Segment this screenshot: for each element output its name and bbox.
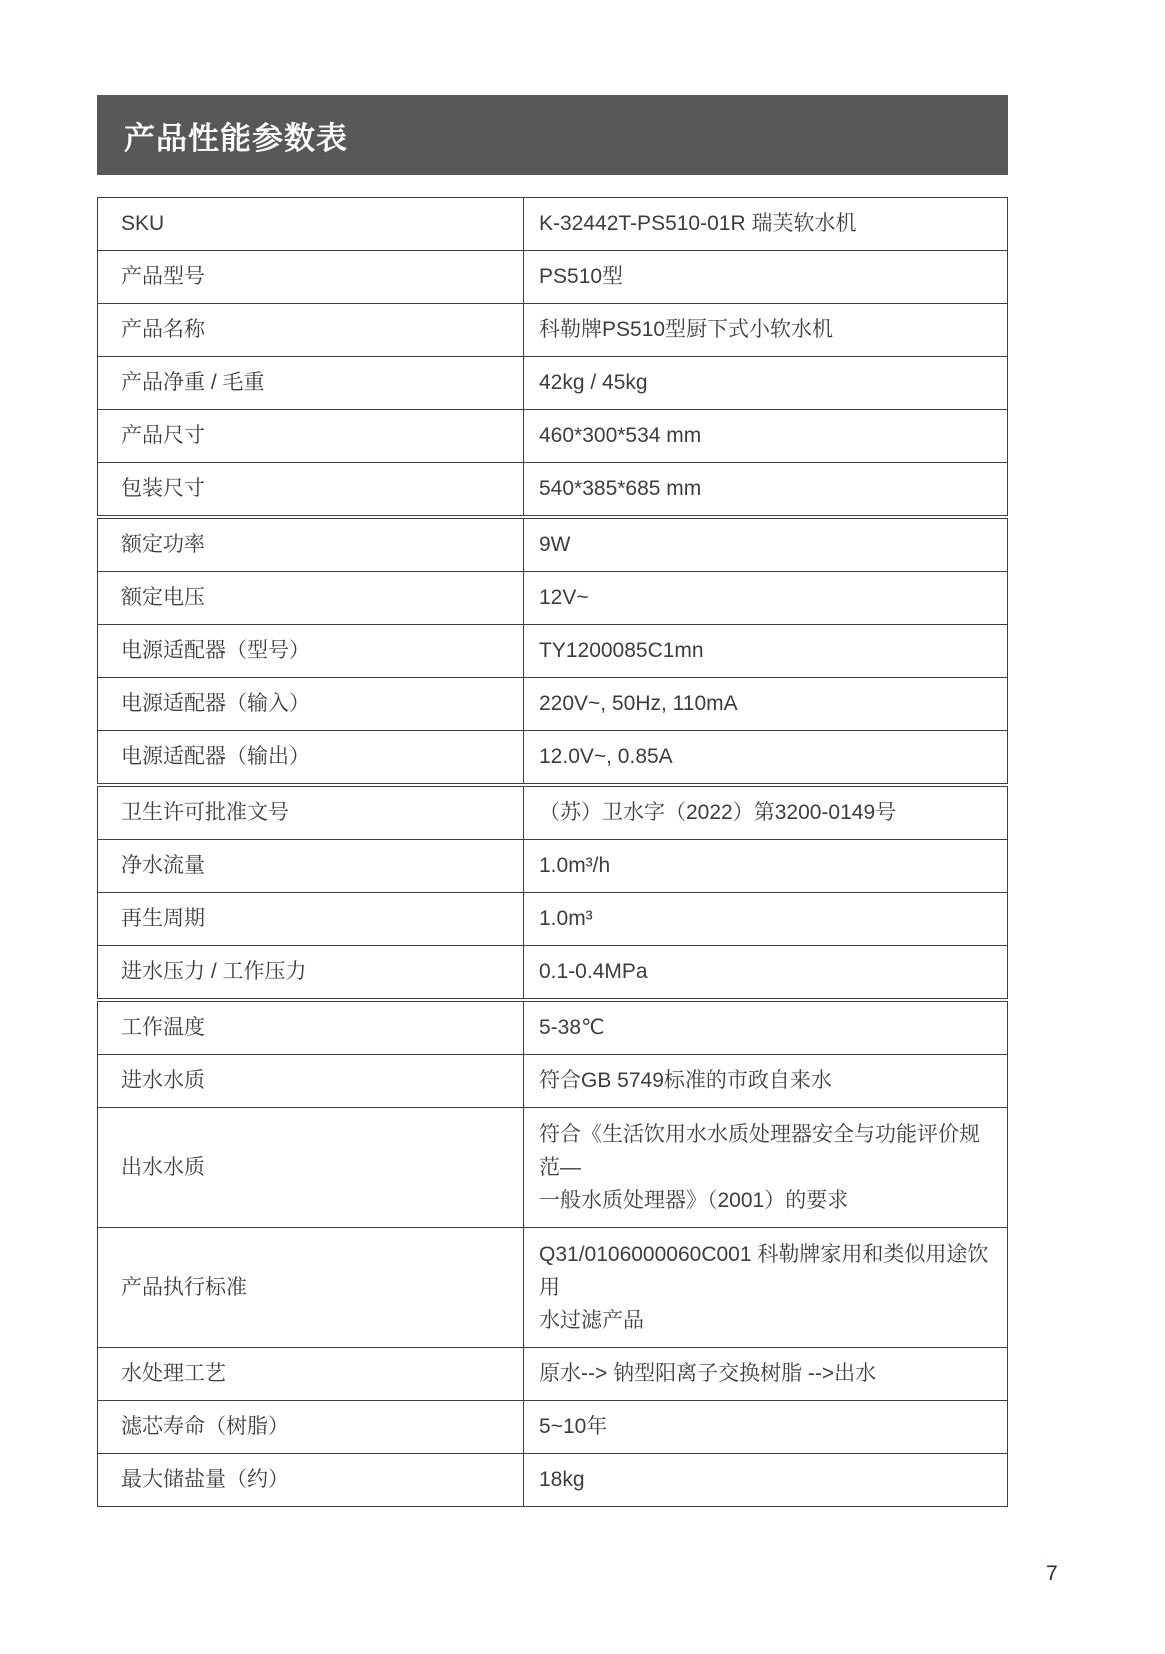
param-label: 额定功率 <box>98 519 524 571</box>
param-value: 科勒牌PS510型厨下式小软水机 <box>524 304 1007 356</box>
param-value: 原水--> 钠型阳离子交换树脂 -->出水 <box>524 1348 1007 1400</box>
table-row: 产品名称科勒牌PS510型厨下式小软水机 <box>98 304 1007 357</box>
param-value: 5-38℃ <box>524 1002 1007 1054</box>
param-value: （苏）卫水字（2022）第3200-0149号 <box>524 787 1007 839</box>
param-value: 1.0m³ <box>524 893 1007 945</box>
table-row: 产品型号PS510型 <box>98 251 1007 304</box>
param-label: SKU <box>98 198 524 250</box>
spec-table: SKUK-32442T-PS510-01R 瑞芙软水机产品型号PS510型产品名… <box>97 197 1008 1507</box>
param-label: 进水水质 <box>98 1055 524 1107</box>
param-value: 12.0V~, 0.85A <box>524 731 1007 783</box>
param-label: 产品尺寸 <box>98 410 524 462</box>
param-label: 滤芯寿命（树脂） <box>98 1401 524 1453</box>
table-row: 出水水质符合《生活饮用水水质处理器安全与功能评价规范— 一般水质处理器》（200… <box>98 1108 1007 1228</box>
table-row: 产品执行标准Q31/0106000060C001 科勒牌家用和类似用途饮用 水过… <box>98 1228 1007 1348</box>
table-row: 产品净重 / 毛重42kg / 45kg <box>98 357 1007 410</box>
table-row: 净水流量1.0m³/h <box>98 840 1007 893</box>
header-bar: 产品性能参数表 <box>97 95 1008 175</box>
param-value: 12V~ <box>524 572 1007 624</box>
table-row: 进水水质符合GB 5749标准的市政自来水 <box>98 1055 1007 1108</box>
param-label: 电源适配器（型号） <box>98 625 524 677</box>
table-row: 最大储盐量（约）18kg <box>98 1454 1007 1506</box>
table-row: 水处理工艺原水--> 钠型阳离子交换树脂 -->出水 <box>98 1348 1007 1401</box>
table-row: SKUK-32442T-PS510-01R 瑞芙软水机 <box>98 198 1007 251</box>
param-label: 进水压力 / 工作压力 <box>98 946 524 998</box>
param-label: 电源适配器（输出） <box>98 731 524 783</box>
param-value: 符合《生活饮用水水质处理器安全与功能评价规范— 一般水质处理器》（2001）的要… <box>524 1108 1007 1227</box>
table-row: 额定功率9W <box>98 519 1007 572</box>
param-value: 符合GB 5749标准的市政自来水 <box>524 1055 1007 1107</box>
param-value: 9W <box>524 519 1007 571</box>
param-label: 工作温度 <box>98 1002 524 1054</box>
table-row: 电源适配器（输入）220V~, 50Hz, 110mA <box>98 678 1007 731</box>
param-label: 电源适配器（输入） <box>98 678 524 730</box>
param-value: 0.1-0.4MPa <box>524 946 1007 998</box>
table-row: 卫生许可批准文号（苏）卫水字（2022）第3200-0149号 <box>98 787 1007 840</box>
param-label: 再生周期 <box>98 893 524 945</box>
param-label: 产品名称 <box>98 304 524 356</box>
table-section: 工作温度5-38℃进水水质符合GB 5749标准的市政自来水出水水质符合《生活饮… <box>97 1001 1008 1507</box>
param-value: K-32442T-PS510-01R 瑞芙软水机 <box>524 198 1007 250</box>
param-value: 42kg / 45kg <box>524 357 1007 409</box>
param-value: 220V~, 50Hz, 110mA <box>524 678 1007 730</box>
param-value: PS510型 <box>524 251 1007 303</box>
param-value: 5~10年 <box>524 1401 1007 1453</box>
table-section: SKUK-32442T-PS510-01R 瑞芙软水机产品型号PS510型产品名… <box>97 197 1008 516</box>
param-value: TY1200085C1mn <box>524 625 1007 677</box>
param-value: 1.0m³/h <box>524 840 1007 892</box>
page-title: 产品性能参数表 <box>124 113 348 158</box>
param-label: 水处理工艺 <box>98 1348 524 1400</box>
table-row: 进水压力 / 工作压力0.1-0.4MPa <box>98 946 1007 998</box>
table-row: 包装尺寸540*385*685 mm <box>98 463 1007 515</box>
table-row: 电源适配器（型号）TY1200085C1mn <box>98 625 1007 678</box>
param-label: 额定电压 <box>98 572 524 624</box>
param-label: 净水流量 <box>98 840 524 892</box>
table-row: 电源适配器（输出）12.0V~, 0.85A <box>98 731 1007 783</box>
param-label: 产品净重 / 毛重 <box>98 357 524 409</box>
param-label: 卫生许可批准文号 <box>98 787 524 839</box>
param-label: 包装尺寸 <box>98 463 524 515</box>
param-label: 最大储盐量（约） <box>98 1454 524 1506</box>
param-value: 460*300*534 mm <box>524 410 1007 462</box>
table-row: 额定电压12V~ <box>98 572 1007 625</box>
param-value: 18kg <box>524 1454 1007 1506</box>
page: 产品性能参数表 SKUK-32442T-PS510-01R 瑞芙软水机产品型号P… <box>0 0 1165 1654</box>
table-section: 卫生许可批准文号（苏）卫水字（2022）第3200-0149号净水流量1.0m³… <box>97 786 1008 999</box>
param-label: 产品型号 <box>98 251 524 303</box>
page-number: 7 <box>1046 1562 1058 1586</box>
table-row: 滤芯寿命（树脂）5~10年 <box>98 1401 1007 1454</box>
param-label: 产品执行标准 <box>98 1228 524 1347</box>
table-row: 产品尺寸460*300*534 mm <box>98 410 1007 463</box>
param-value: 540*385*685 mm <box>524 463 1007 515</box>
table-row: 再生周期1.0m³ <box>98 893 1007 946</box>
param-value: Q31/0106000060C001 科勒牌家用和类似用途饮用 水过滤产品 <box>524 1228 1007 1347</box>
table-row: 工作温度5-38℃ <box>98 1002 1007 1055</box>
param-label: 出水水质 <box>98 1108 524 1227</box>
table-section: 额定功率9W额定电压12V~电源适配器（型号）TY1200085C1mn电源适配… <box>97 518 1008 784</box>
